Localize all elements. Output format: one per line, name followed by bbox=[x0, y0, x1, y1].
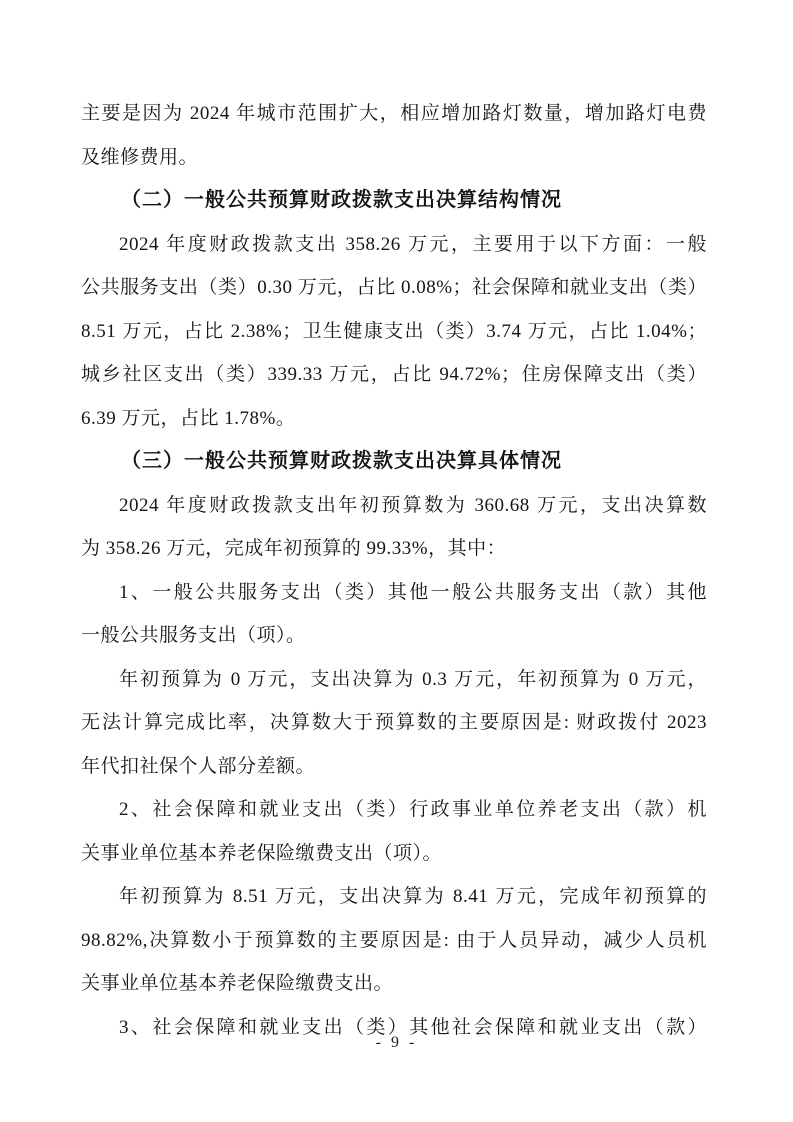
page-number: - 9 - bbox=[0, 1034, 793, 1064]
paragraph-line: 6.39 万元，占比 1.78%。 bbox=[81, 397, 707, 441]
paragraph: 2024 年度财政拨款支出 358.26 万元，主要用于以下方面：一般公共服务支… bbox=[81, 223, 707, 441]
paragraph-line: 年代扣社保个人部分差额。 bbox=[81, 745, 707, 789]
paragraph-line: 关事业单位基本养老保险缴费支出。 bbox=[81, 962, 707, 1006]
paragraph-line: 公共服务支出（类）0.30 万元，占比 0.08%；社会保障和就业支出（类） bbox=[81, 266, 707, 310]
paragraph: 1、一般公共服务支出（类）其他一般公共服务支出（款）其他一般公共服务支出（项）。 bbox=[81, 571, 707, 658]
paragraph-line: 无法计算完成比率，决算数大于预算数的主要原因是: 财政拨付 2023 bbox=[81, 701, 707, 745]
document-page: 主要是因为 2024 年城市范围扩大，相应增加路灯数量，增加路灯电费及维修费用。… bbox=[0, 0, 793, 1122]
paragraph-line: 2024 年度财政拨款支出年初预算数为 360.68 万元，支出决算数 bbox=[81, 484, 707, 528]
section-heading-text: （三）一般公共预算财政拨款支出决算具体情况 bbox=[81, 440, 707, 484]
paragraph-line: 城乡社区支出（类）339.33 万元，占比 94.72%；住房保障支出（类） bbox=[81, 353, 707, 397]
paragraph-line: 主要是因为 2024 年城市范围扩大，相应增加路灯数量，增加路灯电费 bbox=[81, 92, 707, 136]
paragraph-line: 年初预算为 0 万元，支出决算为 0.3 万元，年初预算为 0 万元， bbox=[81, 658, 707, 702]
section-heading: （三）一般公共预算财政拨款支出决算具体情况 bbox=[81, 440, 707, 484]
paragraph-line: 为 358.26 万元，完成年初预算的 99.33%，其中： bbox=[81, 527, 707, 571]
paragraph: 主要是因为 2024 年城市范围扩大，相应增加路灯数量，增加路灯电费及维修费用。 bbox=[81, 92, 707, 179]
paragraph: 2、社会保障和就业支出（类）行政事业单位养老支出（款）机关事业单位基本养老保险缴… bbox=[81, 788, 707, 875]
paragraph-line: 2、社会保障和就业支出（类）行政事业单位养老支出（款）机 bbox=[81, 788, 707, 832]
paragraph: 年初预算为 0 万元，支出决算为 0.3 万元，年初预算为 0 万元，无法计算完… bbox=[81, 658, 707, 789]
section-heading: （二）一般公共预算财政拨款支出决算结构情况 bbox=[81, 179, 707, 223]
paragraph-line: 一般公共服务支出（项）。 bbox=[81, 614, 707, 658]
paragraph-line: 98.82%,决算数小于预算数的主要原因是: 由于人员异动，减少人员机 bbox=[81, 919, 707, 963]
paragraph-line: 8.51 万元，占比 2.38%；卫生健康支出（类）3.74 万元，占比 1.0… bbox=[81, 310, 707, 354]
document-text-area: 主要是因为 2024 年城市范围扩大，相应增加路灯数量，增加路灯电费及维修费用。… bbox=[81, 92, 707, 1049]
paragraph: 2024 年度财政拨款支出年初预算数为 360.68 万元，支出决算数为 358… bbox=[81, 484, 707, 571]
paragraph-line: 及维修费用。 bbox=[81, 136, 707, 180]
section-heading-text: （二）一般公共预算财政拨款支出决算结构情况 bbox=[81, 179, 707, 223]
paragraph-line: 关事业单位基本养老保险缴费支出（项）。 bbox=[81, 832, 707, 876]
paragraph-line: 年初预算为 8.51 万元，支出决算为 8.41 万元，完成年初预算的 bbox=[81, 875, 707, 919]
paragraph: 年初预算为 8.51 万元，支出决算为 8.41 万元，完成年初预算的98.82… bbox=[81, 875, 707, 1006]
paragraph-line: 1、一般公共服务支出（类）其他一般公共服务支出（款）其他 bbox=[81, 571, 707, 615]
paragraph-line: 2024 年度财政拨款支出 358.26 万元，主要用于以下方面：一般 bbox=[81, 223, 707, 267]
